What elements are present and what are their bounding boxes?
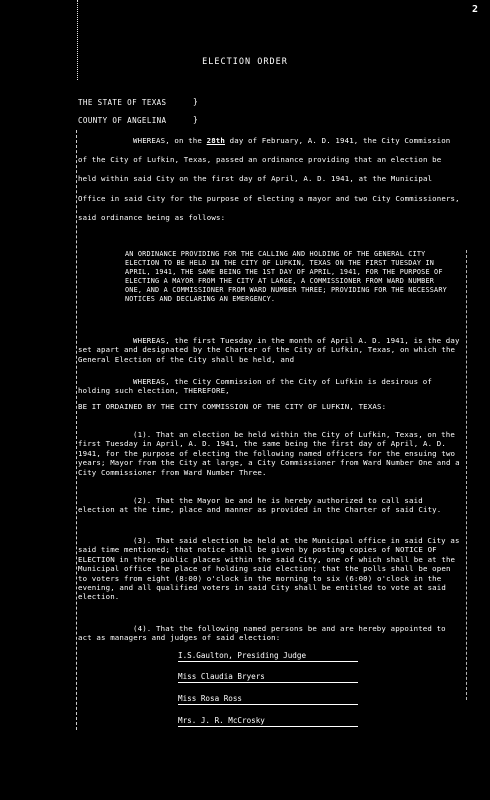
caption-county: COUNTY OF ANGELINA }: [78, 116, 166, 125]
section-2-number: (2).: [133, 496, 151, 505]
margin-rule: [77, 0, 79, 80]
whereas-2-text: WHEREAS, the first Tuesday in the month …: [78, 336, 464, 364]
caption-brace: }: [193, 115, 198, 124]
appointee-line: Mrs. J. R. McCrosky: [178, 716, 358, 727]
caption-brace: }: [193, 97, 198, 106]
document-title: ELECTION ORDER: [0, 57, 490, 67]
caption-county-text: COUNTY OF ANGELINA: [78, 116, 166, 125]
left-margin-line: [76, 130, 77, 730]
preamble-paragraph: WHEREAS, on the 28th day of February, A.…: [78, 131, 463, 227]
appointee-line: Miss Claudia Bryers: [178, 672, 358, 683]
right-margin-line: [466, 250, 467, 700]
section-1-number: (1).: [133, 430, 151, 439]
ordained-clause: BE IT ORDAINED BY THE CITY COMMISSION OF…: [78, 402, 463, 411]
ordinance-quote: AN ORDINANCE PROVIDING FOR THE CALLING A…: [125, 250, 455, 303]
preamble-date-day: 28th: [207, 136, 225, 145]
section-4-number: (4).: [133, 624, 151, 633]
section-1: (1). That an election be held within the…: [78, 430, 463, 477]
caption-state: THE STATE OF TEXAS }: [78, 98, 166, 107]
whereas-3-text: WHEREAS, the City Commission of the City…: [78, 377, 437, 395]
whereas-2-paragraph: WHEREAS, the first Tuesday in the month …: [78, 336, 463, 364]
section-3: (3). That said election be held at the M…: [78, 536, 463, 602]
section-2: (2). That the Mayor be and he is hereby …: [78, 496, 463, 515]
document-page: 2 ELECTION ORDER THE STATE OF TEXAS } CO…: [0, 0, 490, 800]
section-3-text: That said election be held at the Munici…: [78, 536, 464, 601]
preamble-intro: WHEREAS, on the: [133, 136, 202, 145]
preamble-rest: day of February, A. D. 1941, the City Co…: [78, 136, 464, 222]
section-4: (4). That the following named persons be…: [78, 624, 463, 643]
appointee-line: Miss Rosa Ross: [178, 694, 358, 705]
appointee-line: I.S.Gaulton, Presiding Judge: [178, 651, 358, 662]
page-number: 2: [472, 4, 478, 15]
caption-state-text: THE STATE OF TEXAS: [78, 98, 166, 107]
section-3-number: (3).: [133, 536, 151, 545]
whereas-3-paragraph: WHEREAS, the City Commission of the City…: [78, 377, 463, 396]
